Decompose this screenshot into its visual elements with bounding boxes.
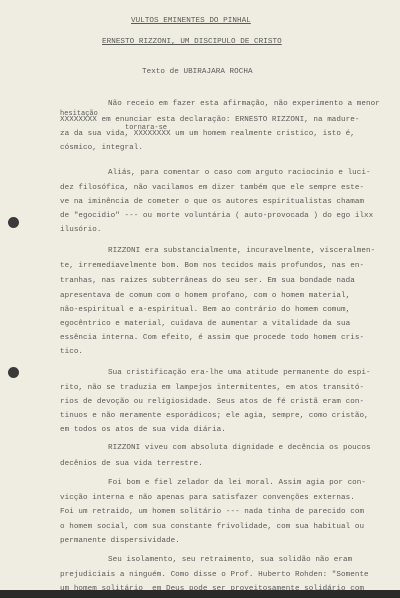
text-line: Sua cristificação era-lhe uma atitude pe… [108,369,371,377]
text-line: tinuos e não meramente esporádicos; ele … [60,412,369,420]
text-line: RIZZONI era substancialmente, incuravelm… [108,247,375,255]
text-line: decênios de sua vida terrestre. [60,460,203,468]
document-byline: Texto de UBIRAJARA ROCHA [142,68,253,76]
text-line: za da sua vida, XXXXXXXX um um homem rea… [60,130,355,138]
text-line: vicção interna e não apenas para satisfa… [60,494,355,502]
text-line: tico. [60,348,83,356]
text-line: Aliás, para comentar o caso com arguto r… [108,169,371,177]
document-page: VULTOS EMINENTES DO PINHAL ERNESTO RIZZO… [0,0,400,590]
text-line: o homem social, com sua constante frivol… [60,523,364,531]
document-header: VULTOS EMINENTES DO PINHAL [131,17,251,25]
text-line: tranhas, nas raizes subterrâneas do seu … [60,277,355,285]
text-line: em todos os atos de sua vida diária. [60,426,226,434]
punch-hole-bottom [8,367,19,378]
text-line: RIZZONI viveu com absoluta dignidade e d… [108,444,371,452]
text-line: de "egocidio" --- ou morte voluntária ( … [60,212,373,220]
text-line: egocêntrico e material, cuidava de aumen… [60,320,350,328]
text-line: permanente dispersividade. [60,537,180,545]
handwritten-correction: tornara-se [125,124,167,132]
text-line: ve na iminência de cometer o que os auto… [60,198,364,206]
text-line: ilusório. [60,226,101,234]
text-line: cósmico, integral. [60,144,143,152]
handwritten-correction: hesitação [60,110,98,118]
text-line: Foi um retraido, um homem solitário --- … [60,508,364,516]
text-line: rios de devoção ou religiosidade. Seus a… [60,398,364,406]
document-title: ERNESTO RIZZONI, UM DISCIPULO DE CRISTO [102,38,282,46]
text-line: prejudiciais a ninguém. Como disse o Pro… [60,571,369,579]
text-line: Seu isolamento, seu retraimento, sua sol… [108,556,352,564]
text-line: essência interna. Com efeito, é assim qu… [60,334,364,342]
text-line: XXXXXXXX em enunciar esta declaração: ER… [60,116,359,124]
text-line: apresentava de comum com o homem profano… [60,292,350,300]
punch-hole-top [8,217,19,228]
scan-edge [0,590,400,598]
text-line: te, irremediavelmente bom. Bom nos tecid… [60,262,364,270]
text-line: rito, não se traduzia em lampejos interm… [60,384,364,392]
text-line: não-espiritual e a-espiritual. Bem ao co… [60,306,350,314]
text-line: Foi bom e fiel zelador da lei moral. Ass… [108,479,366,487]
text-line: Não receio em fazer esta afirmação, não … [108,100,380,108]
text-line: dez filosófica, não vacilamos em dizer t… [60,184,364,192]
